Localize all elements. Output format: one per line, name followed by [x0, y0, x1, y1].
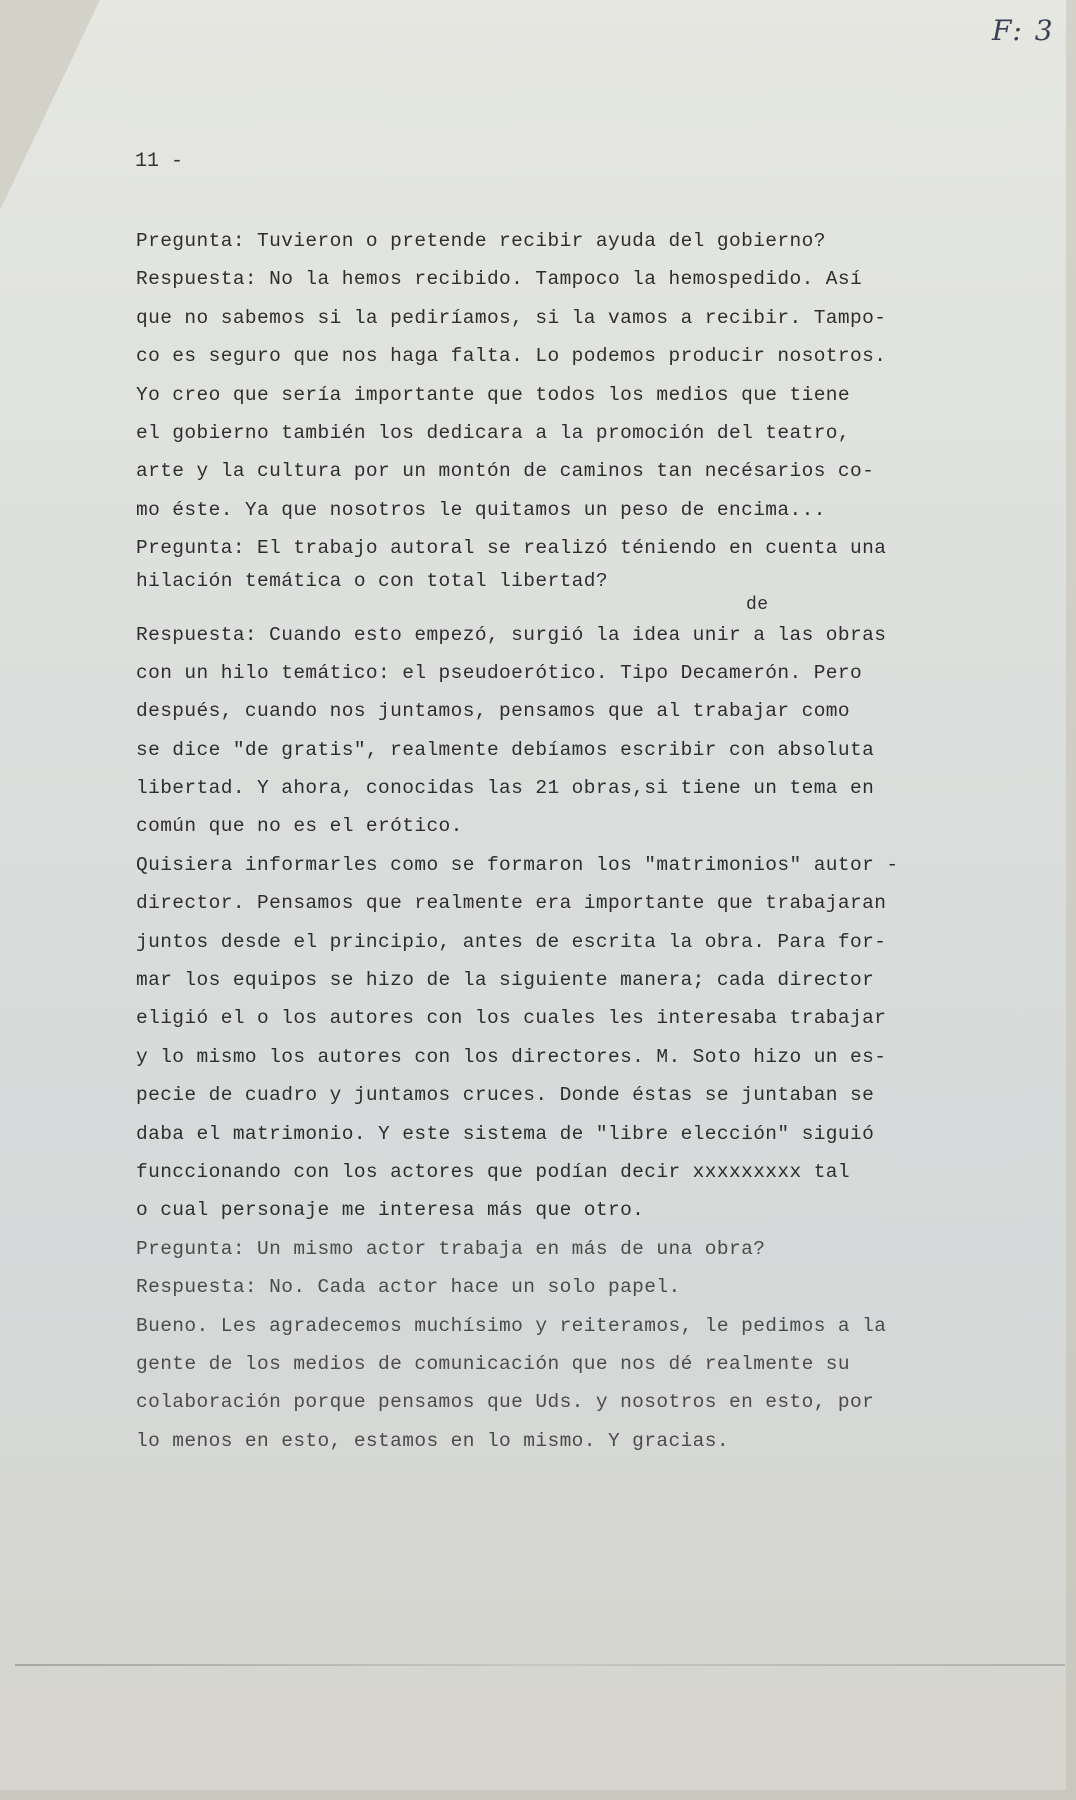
text-line: arte y la cultura por un montón de camin… — [136, 452, 1036, 490]
text-line: co es seguro que nos haga falta. Lo pode… — [136, 337, 1036, 375]
text-line: director. Pensamos que realmente era imp… — [136, 884, 1036, 922]
text-line: pecie de cuadro y juntamos cruces. Donde… — [136, 1076, 1036, 1114]
text-line: daba el matrimonio. Y este sistema de "l… — [136, 1115, 1036, 1153]
text-line: funccionando con los actores que podían … — [136, 1153, 1036, 1191]
text-line: eligió el o los autores con los cuales l… — [136, 999, 1036, 1037]
handwritten-folio-annotation: F: 3 — [992, 14, 1055, 47]
text-line: Pregunta: El trabajo autoral se realizó … — [136, 529, 1036, 567]
page-number: 11 - — [135, 150, 183, 173]
text-line: gente de los medios de comunicación que … — [136, 1345, 1036, 1383]
text-line: Quisiera informarles como se formaron lo… — [136, 846, 1036, 884]
text-line: Pregunta: Tuvieron o pretende recibir ay… — [136, 222, 1036, 260]
text-line: lo menos en esto, estamos en lo mismo. Y… — [136, 1422, 1036, 1460]
text-line: o cual personaje me interesa más que otr… — [136, 1191, 1036, 1229]
text-line: Respuesta: No la hemos recibido. Tampoco… — [136, 260, 1036, 298]
document-body: Pregunta: Tuvieron o pretende recibir ay… — [136, 222, 1036, 1460]
text-line: libertad. Y ahora, conocidas las 21 obra… — [136, 769, 1036, 807]
interlinear-insertion: de — [136, 594, 1036, 616]
text-line: colaboración porque pensamos que Uds. y … — [136, 1383, 1036, 1421]
text-line: Respuesta: No. Cada actor hace un solo p… — [136, 1268, 1036, 1306]
text-line: hilación temática o con total libertad? — [136, 568, 1036, 594]
text-line: se dice "de gratis", realmente debíamos … — [136, 731, 1036, 769]
text-line: Respuesta: Cuando esto empezó, surgió la… — [136, 616, 1036, 654]
text-line: Pregunta: Un mismo actor trabaja en más … — [136, 1230, 1036, 1268]
text-line: mo éste. Ya que nosotros le quitamos un … — [136, 491, 1036, 529]
text-line: Bueno. Les agradecemos muchísimo y reite… — [136, 1307, 1036, 1345]
text-line: común que no es el erótico. — [136, 807, 1036, 845]
text-line: después, cuando nos juntamos, pensamos q… — [136, 692, 1036, 730]
paper-fold-line — [15, 1664, 1065, 1666]
text-line: que no sabemos si la pediríamos, si la v… — [136, 299, 1036, 337]
text-line: Yo creo que sería importante que todos l… — [136, 376, 1036, 414]
text-line: y lo mismo los autores con los directore… — [136, 1038, 1036, 1076]
text-line: con un hilo temático: el pseudoerótico. … — [136, 654, 1036, 692]
text-line: el gobierno también los dedicara a la pr… — [136, 414, 1036, 452]
text-line: mar los equipos se hizo de la siguiente … — [136, 961, 1036, 999]
text-line: juntos desde el principio, antes de escr… — [136, 923, 1036, 961]
